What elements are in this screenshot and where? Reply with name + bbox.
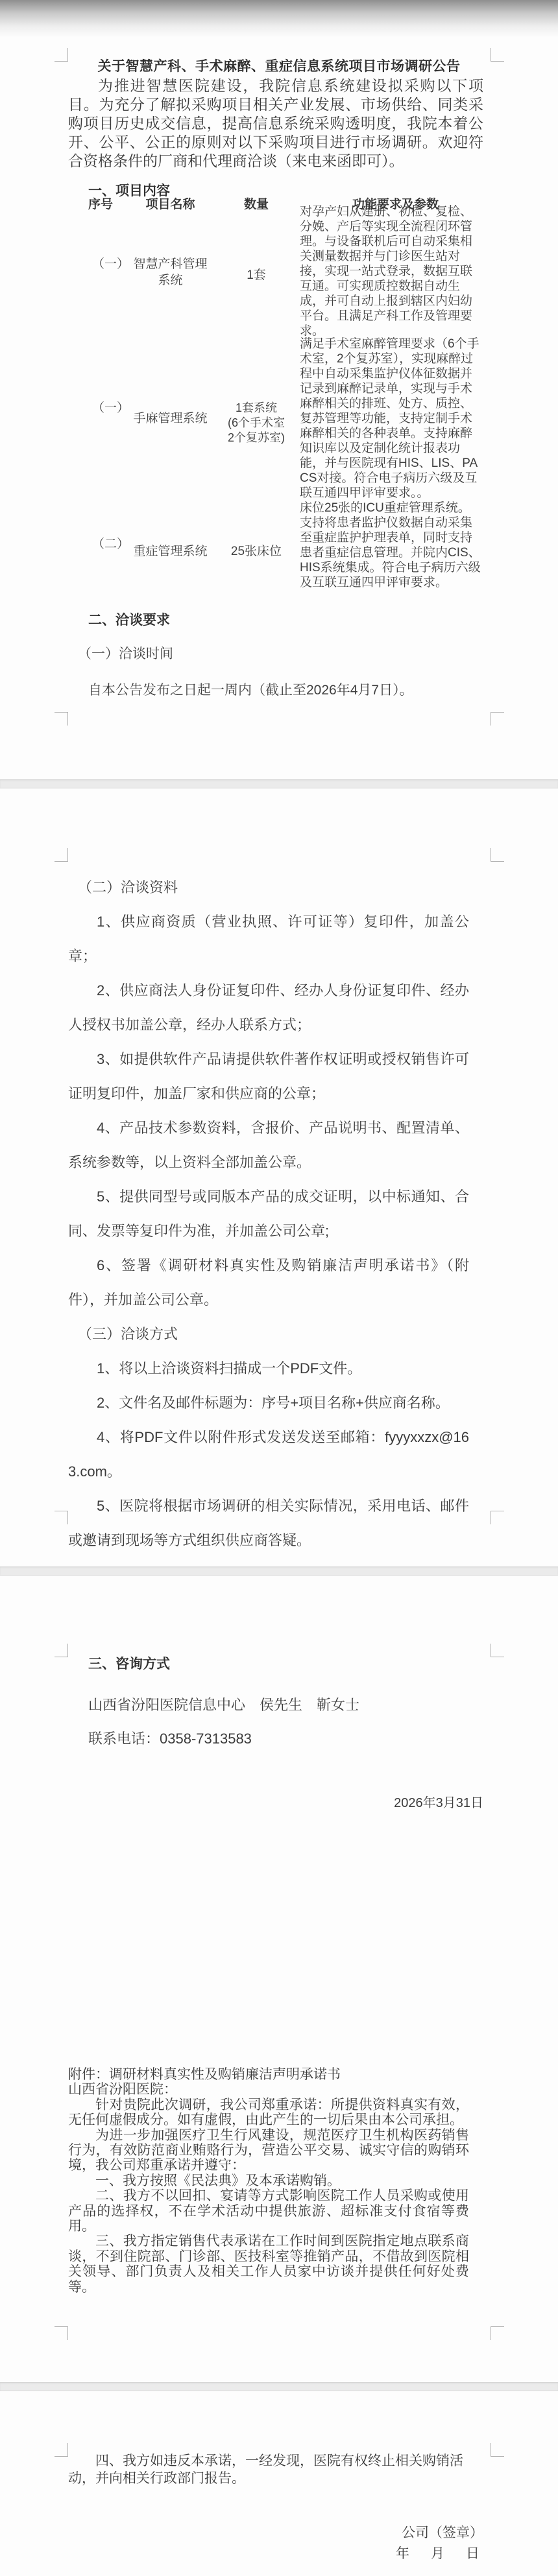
method-item: 5、医院将根据市场调研的相关实际情况，采用电话、邮件或邀请到现场等方式组织供应商…	[68, 1489, 469, 1557]
table-header-no: 序号	[71, 195, 130, 212]
margin-corner-mark	[55, 712, 68, 726]
material-item: 4、产品技术参数资料，含报价、产品说明书、配置清单、系统参数等，以上资料全部加盖…	[68, 1111, 469, 1179]
margin-corner-mark	[491, 848, 504, 862]
announcement-date: 2026年3月31日	[68, 1792, 490, 1811]
cell-row-no: （二）	[81, 536, 120, 552]
material-item: 2、供应商法人身份证复印件、经办人身份证复印件、经办人授权书加盖公章，经办人联系…	[68, 973, 469, 1042]
attachment-paragraph: 三、我方指定销售代表承诺在工作时间到医院指定地点联系商谈，不到住院部、门诊部、医…	[68, 2234, 469, 2295]
attachment-block: 附件：调研材料真实性及购销廉洁声明承诺书 山西省汾阳医院： 针对贵院此次调研，我…	[68, 2067, 469, 2295]
attachment-paragraph: 为进一步加强医疗卫生行风建设，规范医疗卫生机构医药销售行为，有效防范商业贿赂行为…	[68, 2128, 469, 2173]
attachment-title: 附件：调研材料真实性及购销廉洁声明承诺书	[68, 2067, 469, 2082]
table-header-qty: 数量	[217, 195, 295, 212]
margin-corner-mark	[491, 48, 504, 62]
intro-paragraph: 为推进智慧医院建设，我院信息系统建设拟采购以下项目。为充分了解拟采购项目相关产业…	[68, 77, 483, 171]
subsection-heading-negotiation-time: （一）洽谈时间	[78, 643, 173, 663]
page-separator-2	[0, 1566, 558, 1576]
material-item: 3、如提供软件产品请提供软件著作权证明或授权销售许可证明复印件，加盖厂家和供应商…	[68, 1042, 469, 1111]
margin-corner-mark	[55, 1511, 68, 1524]
attachment-paragraph: 针对贵院此次调研，我公司郑重承诺：所提供资料真实有效，无任何虚假成分。如有虚假，…	[68, 2097, 469, 2128]
margin-corner-mark	[491, 2443, 504, 2457]
subsection-heading-negotiation-method: （三）洽谈方式	[68, 1317, 469, 1351]
page-2: （二）洽谈资料 1、供应商资质（营业执照、许可证等）复印件，加盖公章； 2、供应…	[68, 870, 469, 1557]
margin-corner-mark	[491, 712, 504, 726]
cell-features: 对孕产妇从建册、初检、复检、分娩、产后等实现全流程闭环管理。与设备联机后可自动采…	[300, 204, 481, 338]
cell-features: 满足手术室麻醉管理要求（6个手术室，2个复苏室），实现麻醉过程中自动采集监护仪体…	[300, 337, 481, 501]
margin-corner-mark	[55, 2326, 68, 2340]
section-heading-consultation: 三、咨询方式	[88, 1653, 170, 1673]
margin-corner-mark	[491, 1644, 504, 1657]
contact-line: 山西省汾阳医院信息中心 侯先生 靳女士	[68, 1688, 483, 1722]
material-item: 5、提供同型号或同版本产品的成交证明，以中标通知、合同、发票等复印件为准，并加盖…	[68, 1179, 469, 1248]
material-item: 6、签署《调研材料真实性及购销廉洁声明承诺书》（附件），并加盖公司公章。	[68, 1248, 469, 1317]
cell-row-no: （一）	[81, 256, 120, 272]
attachment-clause-4: 四、我方如违反本承诺，一经发现，医院有权终止相关购销活动，并向相关行政部门报告。	[68, 2452, 483, 2487]
phone-line: 联系电话：0358-7313583	[68, 1722, 483, 1756]
page-separator-1	[0, 779, 558, 788]
margin-corner-mark	[55, 48, 68, 62]
negotiation-time-text: 自本公告发布之日起一周内（截止至2026年4月7日）。	[88, 679, 413, 699]
method-item: 4、将PDF文件以附件形式发送发送至邮箱：fyyyxxzx@163.com。	[68, 1420, 469, 1489]
cell-project-name: 智慧产科管理系统	[130, 256, 211, 289]
cell-quantity: 1套	[217, 267, 295, 283]
cell-project-name: 重症管理系统	[130, 543, 211, 560]
attachment-salutation: 山西省汾阳医院：	[68, 2082, 469, 2097]
margin-corner-mark	[491, 1511, 504, 1524]
viewer-top-shadow	[0, 0, 558, 38]
contact-block: 山西省汾阳医院信息中心 侯先生 靳女士 联系电话：0358-7313583	[68, 1688, 483, 1756]
cell-features: 床位25张的ICU重症管理系统。支持将患者监护仪数据自动采集至重症监护护理表单，…	[300, 501, 481, 590]
document-viewer: { "doc": { "page1": { "title": "关于智慧产科、手…	[0, 0, 558, 2576]
company-seal-line: 公司（签章）	[68, 2522, 493, 2542]
date-blank-line: 年 月 日	[68, 2543, 493, 2562]
subsection-heading-negotiation-materials: （二）洽谈资料	[68, 870, 469, 904]
cell-row-no: （一）	[81, 400, 120, 416]
method-item: 2、文件名及邮件标题为：序号+项目名称+供应商名称。	[68, 1386, 469, 1420]
method-item: 1、将以上洽谈资料扫描成一个PDF文件。	[68, 1351, 469, 1386]
cell-quantity: 25张床位	[217, 543, 295, 560]
section-heading-negotiation-requirements: 二、洽谈要求	[88, 609, 170, 629]
cell-quantity: 1套系统 (6个手术室 2个复苏室)	[217, 401, 295, 445]
attachment-paragraph: 一、我方按照《民法典》及本承诺购销。	[68, 2173, 469, 2188]
margin-corner-mark	[55, 2443, 68, 2457]
margin-corner-mark	[491, 2326, 504, 2340]
table-header-name: 项目名称	[130, 195, 211, 212]
margin-corner-mark	[55, 848, 68, 862]
material-item: 1、供应商资质（营业执照、许可证等）复印件，加盖公章；	[68, 904, 469, 973]
attachment-paragraph: 二、我方不以回扣、宴请等方式影响医院工作人员采购或使用产品的选择权，不在学术活动…	[68, 2188, 469, 2234]
margin-corner-mark	[55, 1644, 68, 1657]
page-separator-3	[0, 2382, 558, 2391]
page-title: 关于智慧产科、手术麻醉、重症信息系统项目市场调研公告	[68, 56, 490, 75]
cell-project-name: 手麻管理系统	[130, 410, 211, 427]
